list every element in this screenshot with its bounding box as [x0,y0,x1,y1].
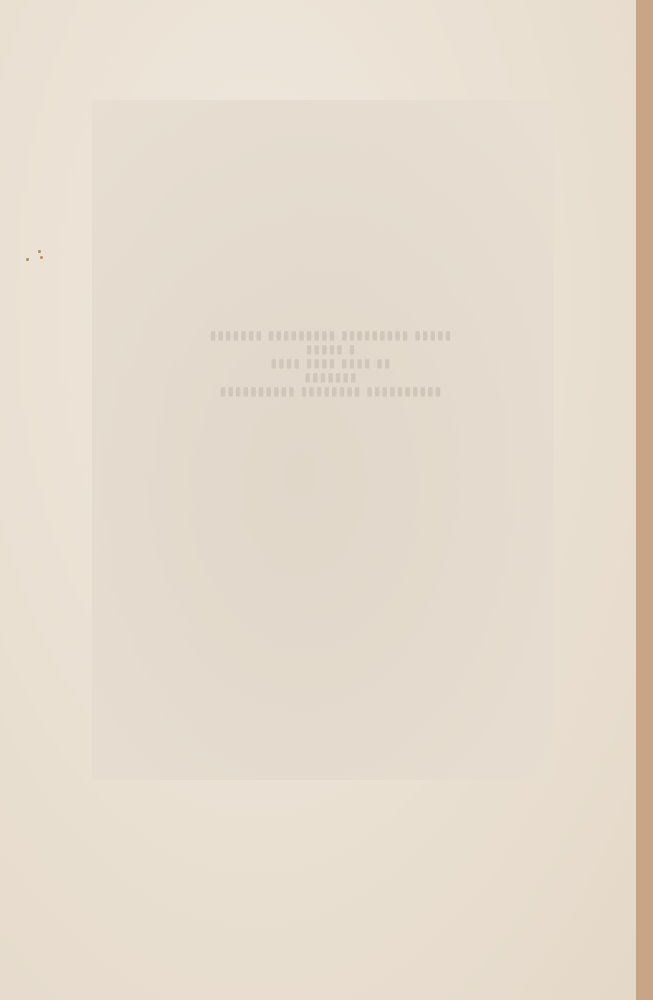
frontispiece-bleed-through [92,100,554,780]
paper-page: ▮▮▮▮▮ ▮▮▮▮▮▮▮▮▮ ▮▮▮▮▮▮▮▮▮ ▮▮▮▮▮▮▮ ▮ ▮▮▮▮… [0,0,638,1000]
foxing-spot [26,258,29,261]
foxing-spot [38,250,41,253]
mirrored-caption-bleed-through: ▮▮▮▮▮ ▮▮▮▮▮▮▮▮▮ ▮▮▮▮▮▮▮▮▮ ▮▮▮▮▮▮▮ ▮ ▮▮▮▮… [130,328,530,398]
bleed-line: ▮▮ ▮▮▮▮ ▮▮▮▮ ▮▮▮▮ [130,356,530,370]
foxing-spot [40,256,43,259]
bleed-line: ▮▮▮▮▮ ▮▮▮▮▮▮▮▮▮ ▮▮▮▮▮▮▮▮▮ ▮▮▮▮▮▮▮ [130,328,530,342]
bleed-line: ▮ ▮▮▮▮▮ [130,342,530,356]
bleed-line: ▮▮▮▮▮▮▮ [130,370,530,384]
bleed-line: ▮▮▮▮▮▮▮▮▮▮ ▮▮▮▮▮▮▮▮ ▮▮▮▮▮▮▮▮▮▮ [130,384,530,398]
page-edge [636,0,653,1000]
